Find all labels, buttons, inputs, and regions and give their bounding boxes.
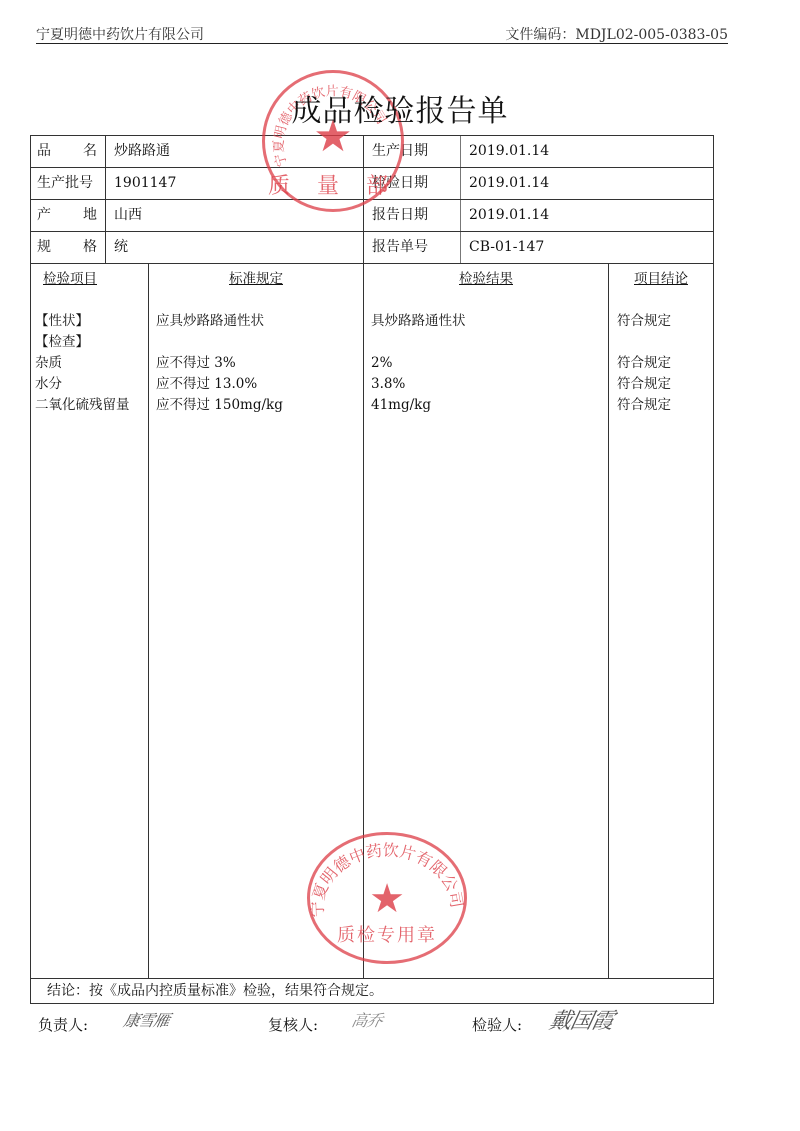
inspector: 检验人: bbox=[472, 1014, 522, 1035]
reviewer-signature: 高乔 bbox=[350, 1008, 385, 1031]
value-spec: 统 bbox=[106, 232, 364, 263]
cell-conclusion: 符合规定 bbox=[609, 374, 713, 395]
header-result: 检验结果 bbox=[364, 264, 608, 285]
responsible-label: 负责人: bbox=[38, 1014, 88, 1035]
value-product-name: 炒路路通 bbox=[106, 136, 364, 167]
label-report-date: 报告日期 bbox=[364, 200, 461, 231]
cell-conclusion bbox=[609, 332, 713, 353]
cell-standard: 应不得过 3% bbox=[149, 353, 363, 374]
header-doc-code: 文件编码：MDJL02-005-0383-05 bbox=[505, 28, 728, 42]
column-result: 检验结果 具炒路路通性状2%3.8%41mg/kg bbox=[364, 264, 609, 978]
value-inspection-date: 2019.01.14 bbox=[461, 168, 713, 199]
cell-test-item: 【检查】 bbox=[31, 332, 148, 353]
cell-result: 41mg/kg bbox=[364, 395, 608, 416]
label-spec-b: 格 bbox=[83, 232, 97, 263]
label-production-date: 生产日期 bbox=[364, 136, 461, 167]
cell-standard: 应具炒路路通性状 bbox=[149, 311, 363, 332]
header-company: 宁夏明德中药饮片有限公司 bbox=[36, 28, 204, 42]
report-form: 品名 炒路路通 生产日期 2019.01.14 生产批号 1901147 检验日… bbox=[30, 135, 714, 1004]
column-standard: 标准规定 应具炒路路通性状应不得过 3%应不得过 13.0%应不得过 150mg… bbox=[149, 264, 364, 978]
label-inspection-date: 检验日期 bbox=[364, 168, 461, 199]
label-origin-a: 产 bbox=[37, 200, 51, 231]
running-header: 宁夏明德中药饮片有限公司 文件编码：MDJL02-005-0383-05 bbox=[36, 0, 728, 44]
header-test-item: 检验项目 bbox=[31, 264, 148, 285]
info-row-product-name: 品名 炒路路通 生产日期 2019.01.14 bbox=[31, 136, 713, 168]
value-batch-no: 1901147 bbox=[106, 168, 364, 199]
header-standard: 标准规定 bbox=[149, 264, 363, 285]
info-row-spec: 规格 统 报告单号 CB-01-147 bbox=[31, 232, 713, 264]
inspector-label: 检验人: bbox=[472, 1014, 522, 1035]
header-conclusion: 项目结论 bbox=[609, 264, 713, 285]
cell-result: 2% bbox=[364, 353, 608, 374]
overall-conclusion: 结论：按《成品内控质量标准》检验，结果符合规定。 bbox=[31, 978, 713, 1003]
label-report-no: 报告单号 bbox=[364, 232, 461, 263]
cell-conclusion: 符合规定 bbox=[609, 311, 713, 332]
cell-conclusion: 符合规定 bbox=[609, 395, 713, 416]
value-report-no: CB-01-147 bbox=[461, 232, 713, 263]
cell-standard: 应不得过 150mg/kg bbox=[149, 395, 363, 416]
info-grid: 品名 炒路路通 生产日期 2019.01.14 生产批号 1901147 检验日… bbox=[31, 136, 713, 264]
cell-conclusion: 符合规定 bbox=[609, 353, 713, 374]
column-conclusion: 项目结论 符合规定符合规定符合规定符合规定 bbox=[609, 264, 713, 978]
cell-standard bbox=[149, 332, 363, 353]
cell-result: 3.8% bbox=[364, 374, 608, 395]
cell-test-item: 杂质 bbox=[31, 353, 148, 374]
results-grid: 检验项目 【性状】【检查】杂质水分二氧化硫残留量 标准规定 应具炒路路通性状应不… bbox=[31, 264, 713, 978]
signature-row: 负责人: 康雪雁 复核人: 高乔 检验人: 戴国霞 bbox=[0, 1014, 800, 1044]
cell-standard: 应不得过 13.0% bbox=[149, 374, 363, 395]
value-origin: 山西 bbox=[106, 200, 364, 231]
cell-test-item: 水分 bbox=[31, 374, 148, 395]
info-row-origin: 产地 山西 报告日期 2019.01.14 bbox=[31, 200, 713, 232]
column-test-item: 检验项目 【性状】【检查】杂质水分二氧化硫残留量 bbox=[31, 264, 149, 978]
label-spec-a: 规 bbox=[37, 232, 51, 263]
cell-result bbox=[364, 332, 608, 353]
value-production-date: 2019.01.14 bbox=[461, 136, 713, 167]
label-product-name-a: 品 bbox=[37, 136, 51, 167]
cell-result: 具炒路路通性状 bbox=[364, 311, 608, 332]
reviewer-label: 复核人: bbox=[268, 1014, 318, 1035]
reviewer: 复核人: bbox=[268, 1014, 318, 1035]
value-report-date: 2019.01.14 bbox=[461, 200, 713, 231]
info-row-batch: 生产批号 1901147 检验日期 2019.01.14 bbox=[31, 168, 713, 200]
cell-test-item: 【性状】 bbox=[31, 311, 148, 332]
responsible-person: 负责人: bbox=[38, 1014, 88, 1035]
responsible-signature: 康雪雁 bbox=[122, 1008, 172, 1031]
label-product-name-b: 名 bbox=[83, 136, 97, 167]
label-batch-no: 生产批号 bbox=[31, 168, 106, 199]
inspector-signature: 戴国霞 bbox=[547, 1004, 617, 1035]
cell-test-item: 二氧化硫残留量 bbox=[31, 395, 148, 416]
page-title: 成品检验报告单 bbox=[0, 86, 800, 130]
label-origin-b: 地 bbox=[83, 200, 97, 231]
